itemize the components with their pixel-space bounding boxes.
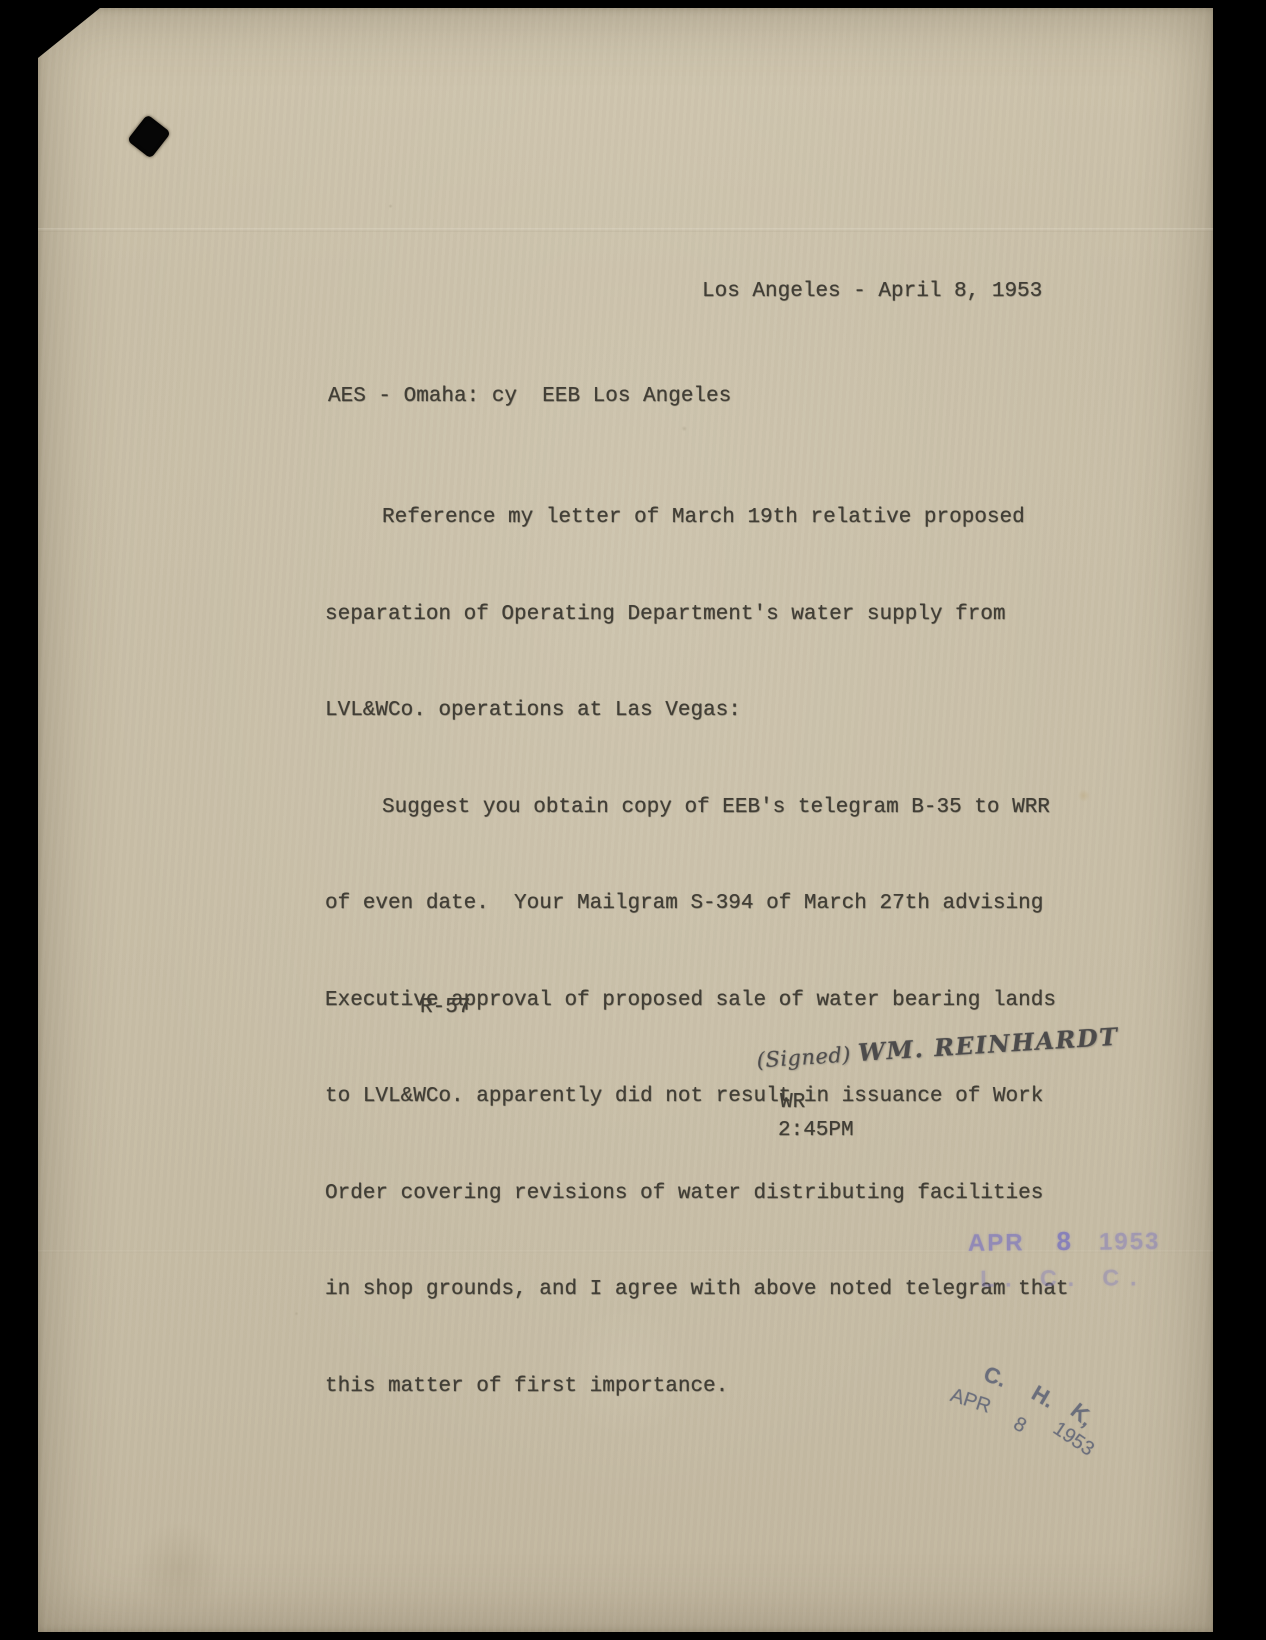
- signed-prefix: (Signed): [756, 1042, 859, 1072]
- body-line: Reference my letter of March 19th relati…: [325, 506, 1069, 557]
- letter-body: Reference my letter of March 19th relati…: [325, 460, 1069, 1471]
- body-line: Suggest you obtain copy of EEB's telegra…: [325, 796, 1069, 847]
- body-line: in shop grounds, and I agree with above …: [325, 1278, 1069, 1329]
- addressee-line: AES - Omaha: cy EEB Los Angeles: [328, 385, 731, 408]
- body-line: to LVL&WCo. apparently did not result in…: [325, 1085, 1069, 1136]
- received-stamp-date: APR 8 1953: [968, 1225, 1161, 1258]
- received-stamp-org: L. C. C.: [980, 1264, 1161, 1293]
- received-date-stamp: APR 8 1953 L. C. C.: [968, 1225, 1161, 1293]
- received-stamp-month: APR: [968, 1229, 1025, 1257]
- sender-initials: WR: [780, 1091, 805, 1114]
- paper-crease: [38, 228, 1213, 232]
- hole-punch: [127, 114, 171, 158]
- dateline: Los Angeles - April 8, 1953: [702, 280, 1042, 303]
- body-line: Order covering revisions of water distri…: [325, 1182, 1069, 1233]
- document-page: Los Angeles - April 8, 1953 AES - Omaha:…: [38, 8, 1213, 1632]
- body-line: LVL&WCo. operations at Las Vegas:: [325, 699, 1069, 750]
- chk-stamp-letter: K,: [1065, 1398, 1099, 1432]
- received-stamp-year: 1953: [1099, 1228, 1161, 1257]
- reference-number: R-57: [420, 996, 470, 1019]
- signer-name: WM. REINHARDT: [857, 1022, 1119, 1067]
- body-line: separation of Operating Department's wat…: [325, 603, 1069, 654]
- received-stamp-day: 8: [1056, 1226, 1073, 1257]
- body-line: this matter of first importance.: [325, 1375, 1069, 1426]
- time-notation: 2:45PM: [778, 1119, 854, 1142]
- body-line: of even date. Your Mailgram S-394 of Mar…: [325, 892, 1069, 943]
